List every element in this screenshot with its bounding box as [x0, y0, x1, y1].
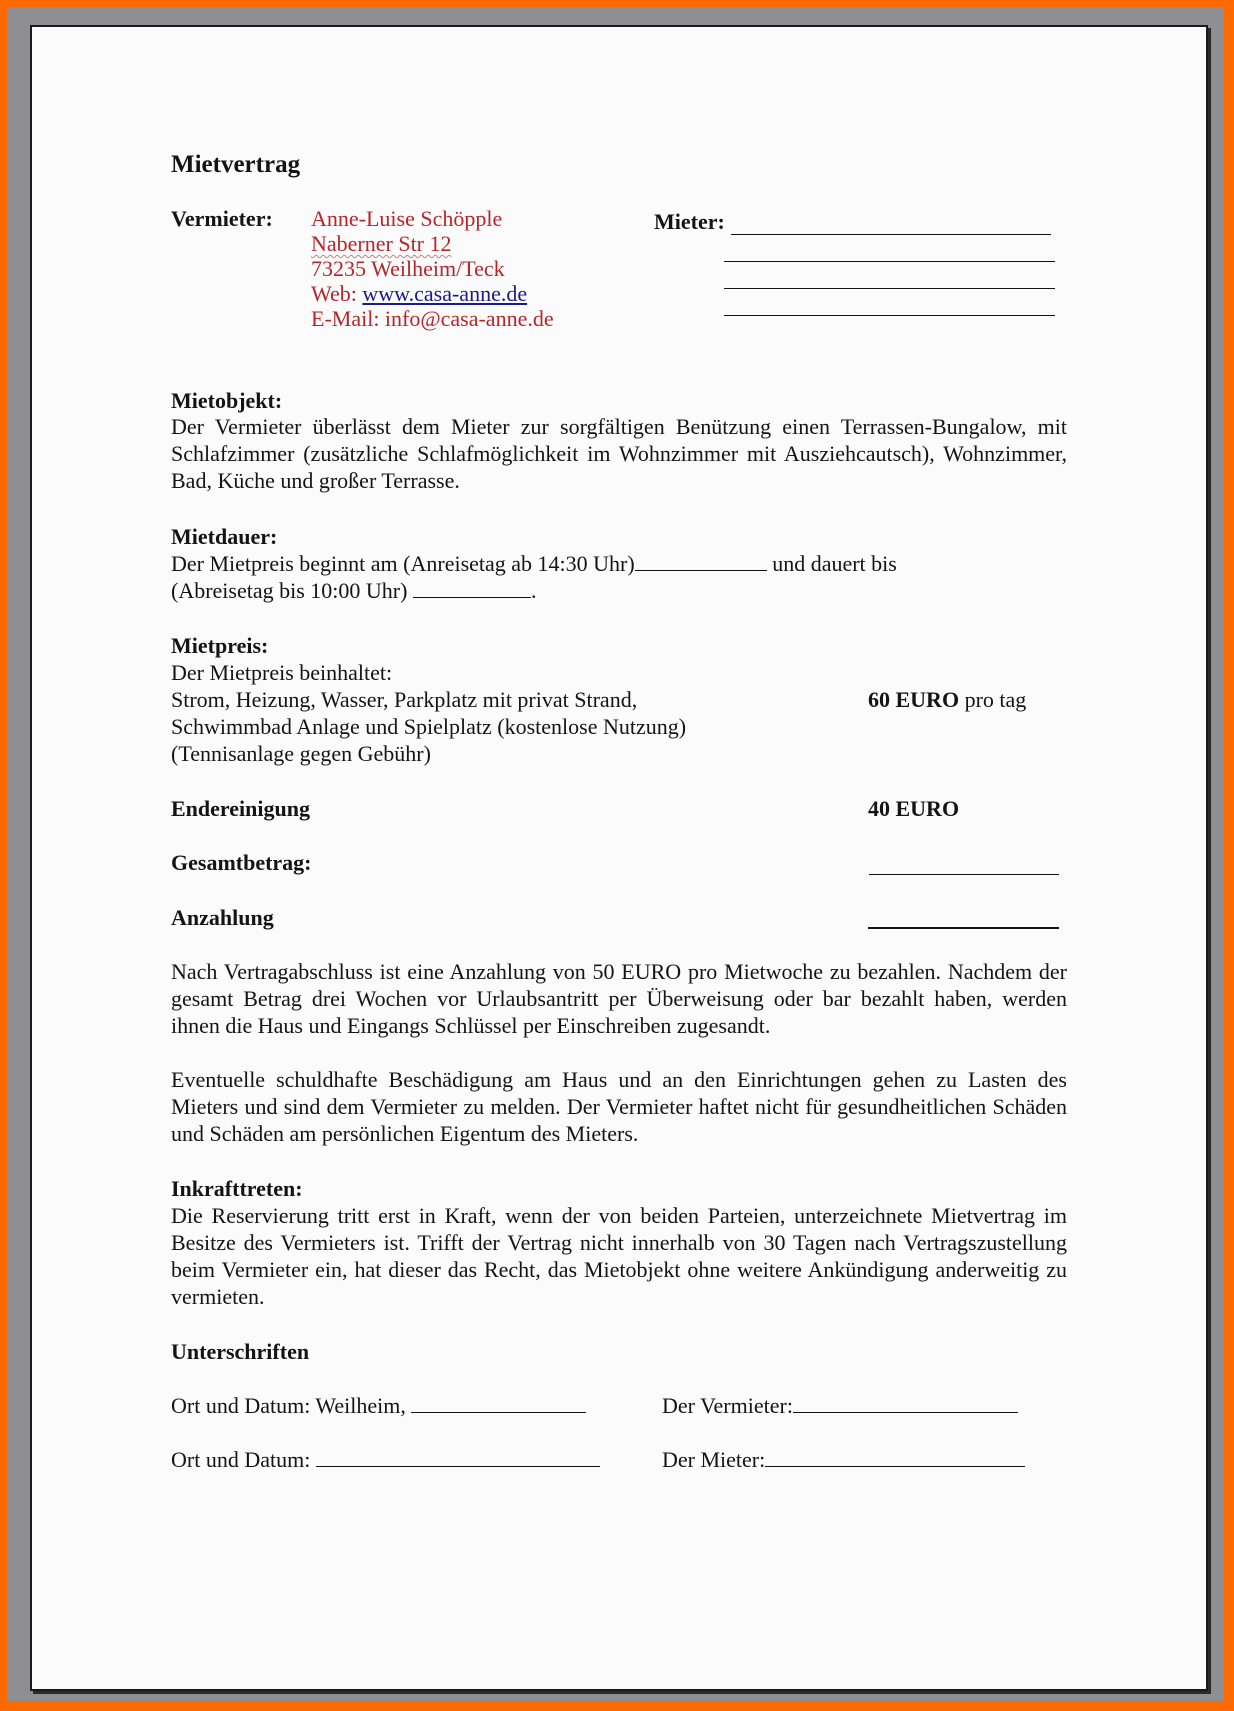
mietdauer-line-1: Der Mietpreis beginnt am (Anreisetag ab … [171, 550, 897, 577]
mietdauer-heading: Mietdauer: [171, 523, 277, 550]
tenant-address-line-1[interactable] [724, 261, 1055, 262]
landlord-label: Vermieter: [171, 205, 273, 232]
tenant-name-line[interactable] [731, 234, 1051, 235]
landlord-email[interactable]: E-Mail: info@casa-anne.de [311, 305, 554, 332]
landlord-date-blank[interactable] [411, 1392, 586, 1413]
daily-price-unit: pro tag [959, 687, 1026, 712]
place-date-landlord-label: Ort und Datum: Weilheim, [171, 1393, 411, 1418]
web-link[interactable]: www.casa-anne.de [362, 281, 527, 306]
mietpreis-item: (Tennisanlage gegen Gebühr) [171, 740, 431, 767]
mietdauer-line-2: (Abreisetag bis 10:00 Uhr) . [171, 577, 536, 604]
cleaning-value: 40 EURO [868, 795, 959, 822]
signature-row-1-right: Der Vermieter: [662, 1392, 1018, 1419]
payment-paragraph: Nach Vertragabschluss ist eine Anzahlung… [171, 958, 1067, 1039]
total-blank[interactable] [869, 874, 1059, 875]
tenant-date-blank[interactable] [316, 1446, 600, 1467]
arrival-date-blank[interactable] [635, 550, 767, 571]
tenant-address-line-2[interactable] [724, 288, 1055, 289]
cleaning-label: Endereinigung [171, 795, 310, 822]
landlord-street: Naberner Str 12 [311, 230, 452, 257]
departure-text: (Abreisetag bis 10:00 Uhr) [171, 578, 413, 603]
mietpreis-intro: Der Mietpreis beinhaltet: [171, 659, 392, 686]
duration-text: und dauert bis [767, 551, 897, 576]
daily-price-amount: 60 EURO [868, 687, 959, 712]
deposit-label: Anzahlung [171, 904, 274, 931]
tenant-signature-blank[interactable] [765, 1446, 1025, 1467]
mietobjekt-text: Der Vermieter überlässt dem Mieter zur s… [171, 413, 1067, 494]
landlord-web: Web: www.casa-anne.de [311, 280, 527, 307]
web-label: Web: [311, 281, 362, 306]
period: . [531, 578, 537, 603]
landlord-signature-label: Der Vermieter: [662, 1393, 793, 1418]
tenant-label: Mieter: [654, 208, 725, 235]
daily-price: 60 EURO pro tag [868, 686, 1026, 713]
damage-paragraph: Eventuelle schuldhafte Beschädigung am H… [171, 1066, 1067, 1147]
inkrafttreten-text: Die Reservierung tritt erst in Kraft, we… [171, 1202, 1067, 1310]
place-date-tenant-label: Ort und Datum: [171, 1447, 316, 1472]
tenant-address-line-3[interactable] [724, 315, 1055, 316]
mietobjekt-heading: Mietobjekt: [171, 387, 282, 414]
signatures-heading: Unterschriften [171, 1338, 309, 1365]
landlord-name: Anne-Luise Schöpple [311, 205, 502, 232]
document-title: Mietvertrag [171, 151, 300, 178]
inkrafttreten-heading: Inkrafttreten: [171, 1175, 303, 1202]
signature-row-2-left: Ort und Datum: [171, 1446, 600, 1473]
mietpreis-item: Schwimmbad Anlage und Spielplatz (kosten… [171, 713, 686, 740]
landlord-signature-blank[interactable] [793, 1392, 1018, 1413]
mietpreis-item: Strom, Heizung, Wasser, Parkplatz mit pr… [171, 686, 637, 713]
departure-date-blank[interactable] [413, 577, 531, 598]
mietpreis-heading: Mietpreis: [171, 632, 268, 659]
total-label: Gesamtbetrag: [171, 849, 312, 876]
signature-row-2-right: Der Mieter: [662, 1446, 1025, 1473]
tenant-signature-label: Der Mieter: [662, 1447, 765, 1472]
deposit-blank[interactable] [868, 927, 1059, 929]
signature-row-1-left: Ort und Datum: Weilheim, [171, 1392, 586, 1419]
arrival-text: Der Mietpreis beginnt am (Anreisetag ab … [171, 551, 635, 576]
landlord-city: 73235 Weilheim/Teck [311, 255, 505, 282]
